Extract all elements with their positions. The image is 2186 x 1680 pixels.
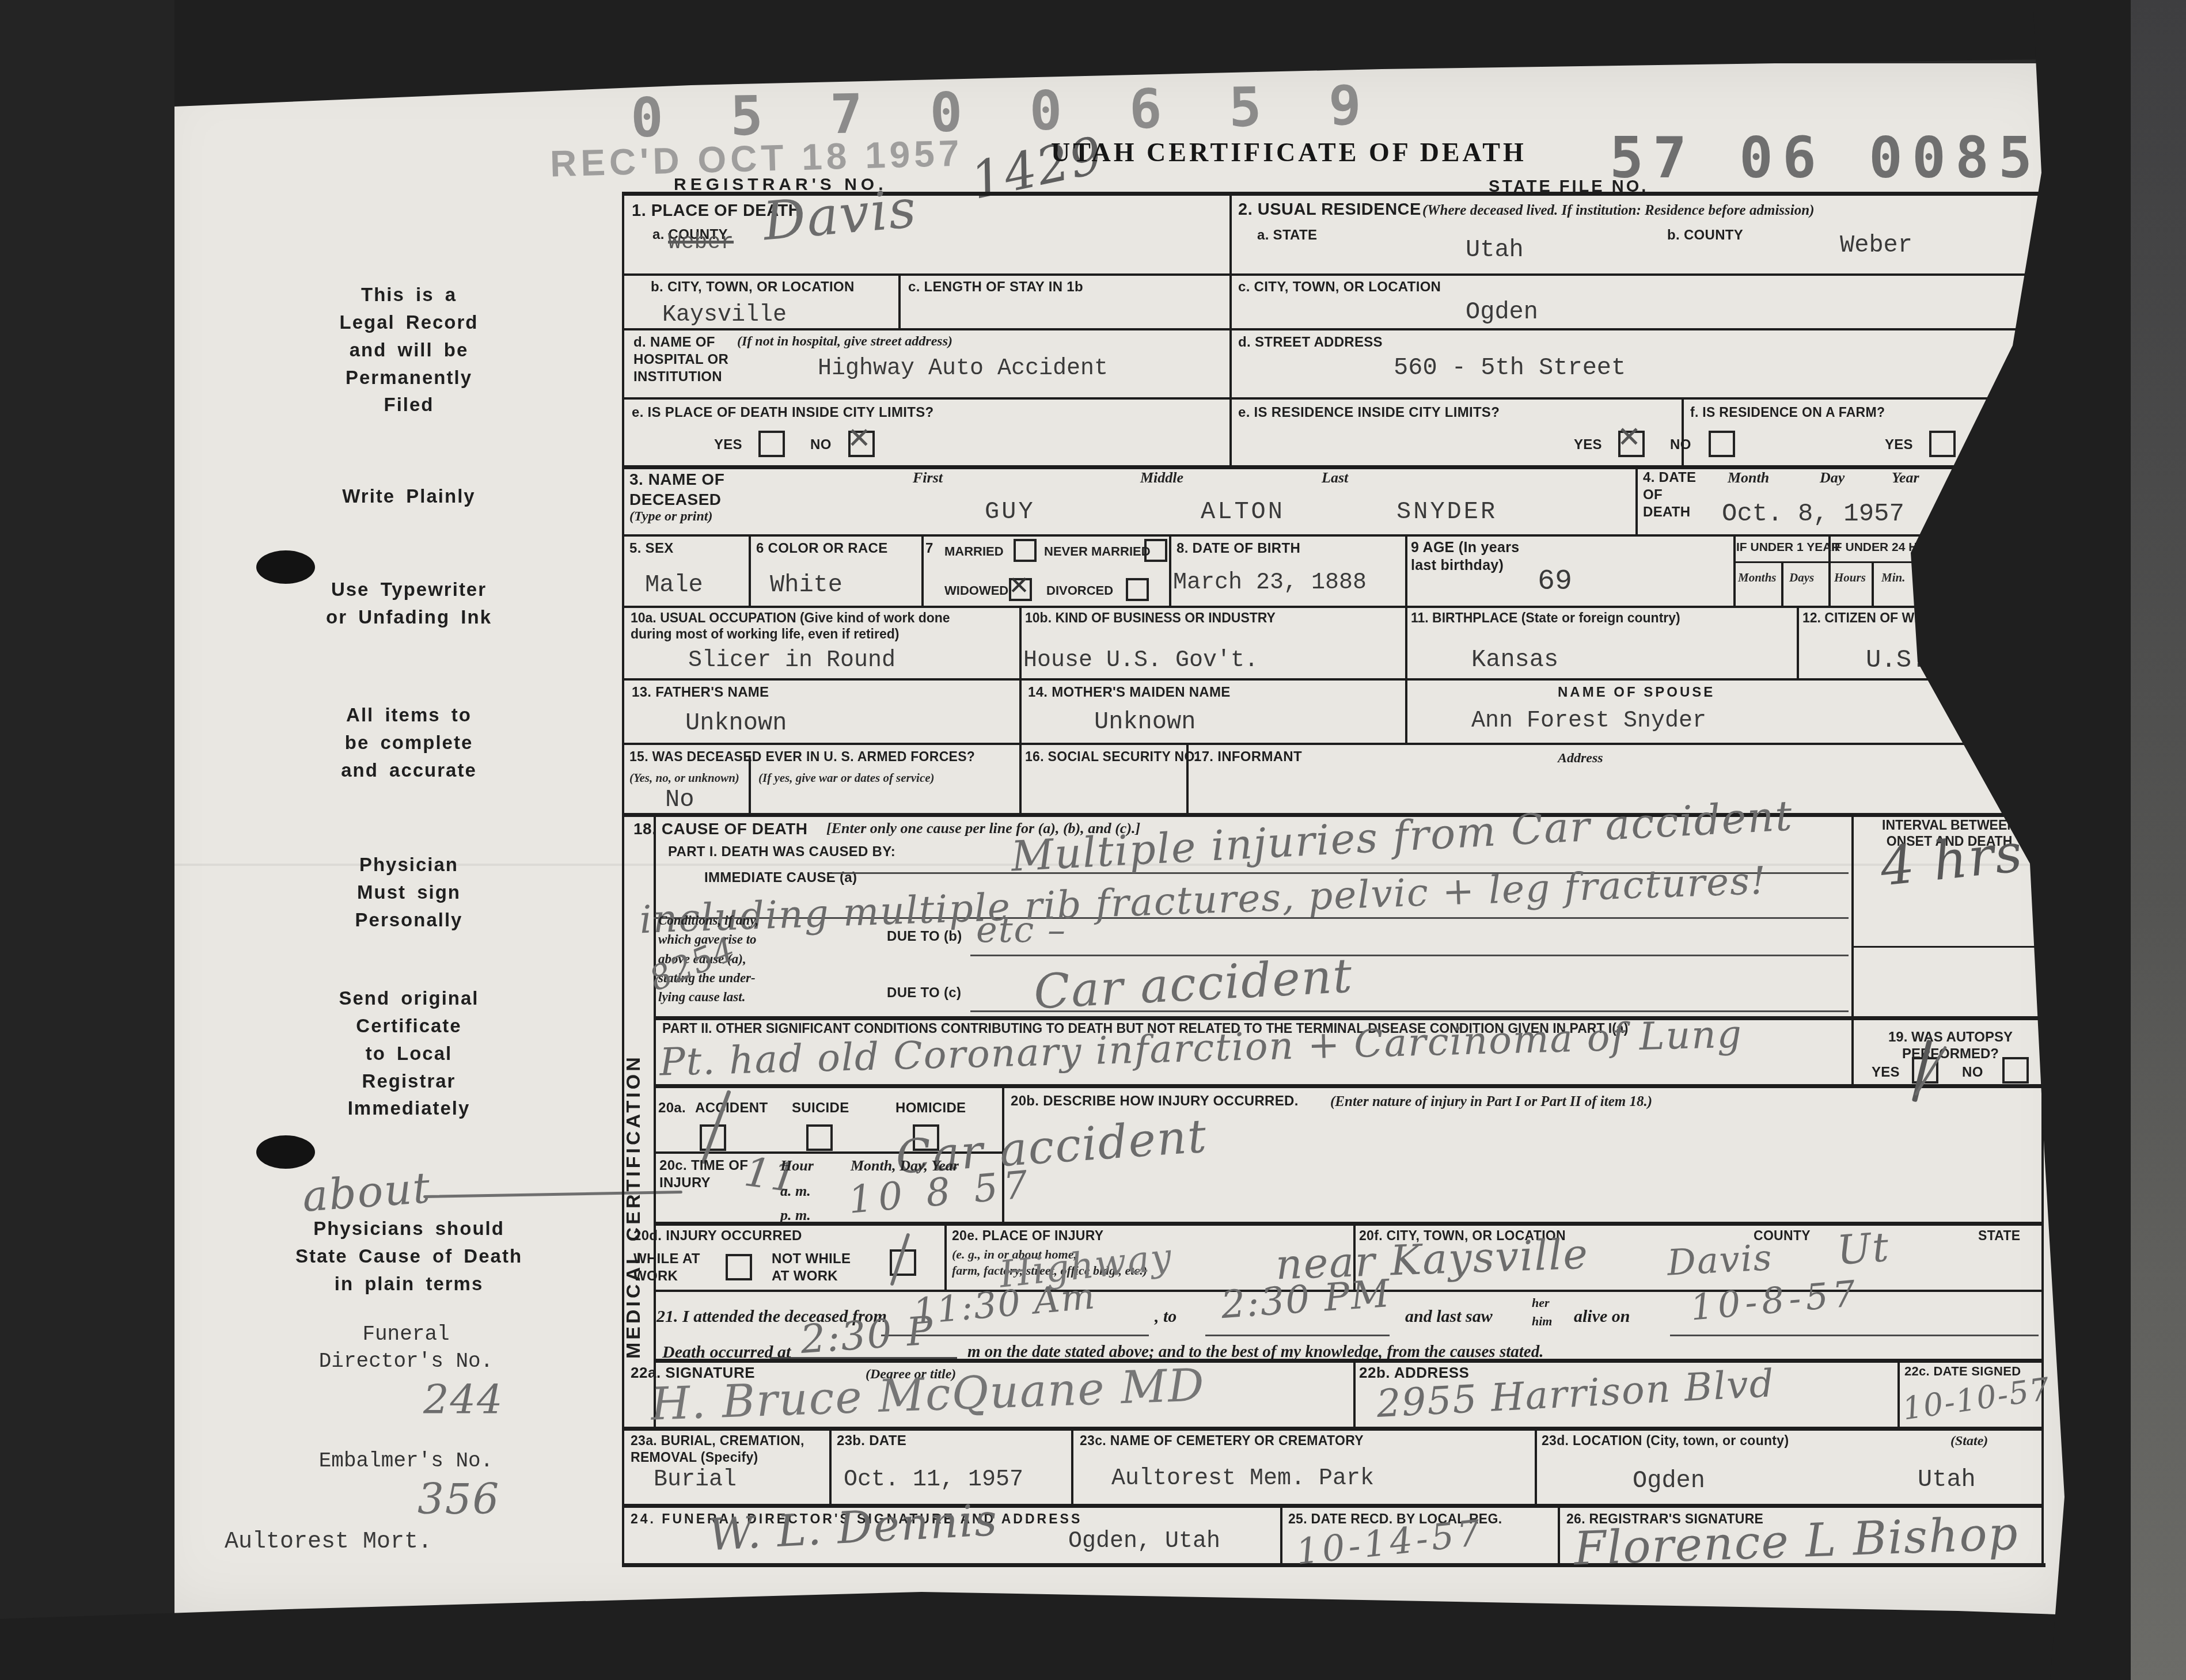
birthplace-value: Kansas: [1471, 646, 1558, 674]
pod-city-value: Kaysville: [662, 302, 787, 328]
residence-state-value: Utah: [1466, 236, 1524, 264]
hour-label: Hour: [780, 1156, 814, 1176]
location-label: 23d. LOCATION (City, town, or county): [1542, 1432, 1789, 1449]
dod-year-label: Year: [1892, 468, 1919, 488]
margin-note-use-typewriter: Use Typewriter or Unfading Ink: [271, 576, 547, 631]
col-line: [1405, 534, 1407, 606]
col-line: [1019, 678, 1022, 743]
farm-yes: YES: [1885, 436, 1913, 454]
hospital-note: (If not in hospital, give street address…: [737, 333, 952, 351]
funeral-director-no-value: 244: [423, 1376, 504, 1423]
first-label: First: [913, 468, 943, 488]
state-file-value: 57 06 0085: [1610, 126, 2041, 191]
margin-note-legal-record: This is a Legal Record and will be Perma…: [271, 281, 547, 419]
how-injury-note: (Enter nature of injury in Part I or Par…: [1330, 1093, 1652, 1112]
autopsy-no-box: [2002, 1057, 2029, 1084]
res-limits-no-box: [1709, 431, 1735, 457]
min-label: Min.: [1881, 570, 1905, 585]
attended-from-value: 11:30 Am: [911, 1275, 1097, 1332]
col-line: [944, 1222, 947, 1290]
occupation-value: Slicer in Round: [688, 648, 895, 674]
him-label: him: [1532, 1314, 1552, 1329]
pod-limits-no: NO: [810, 436, 832, 454]
res-city-label: c. CITY, TOWN, OR LOCATION: [1238, 279, 1441, 296]
punch-hole-bottom: [256, 1135, 315, 1169]
col-line: [1405, 678, 1407, 743]
location-state-value: Utah: [1918, 1466, 1976, 1493]
col-line: [829, 1427, 832, 1504]
pod-limits-yes: YES: [714, 436, 742, 454]
page-title: UTAH CERTIFICATE OF DEATH: [1051, 137, 1527, 168]
scanned-death-certificate: 0 5 7 0 0 6 5 9 REC'D OCT 18 1957 REGIST…: [0, 0, 2186, 1680]
col-line: [1169, 534, 1171, 606]
funeral-home-city-typed: Ogden, Utah: [1068, 1529, 1220, 1554]
residence-county-value: Weber: [1840, 231, 1912, 259]
attended-text-2: , to: [1155, 1307, 1177, 1326]
col-line: [1535, 1427, 1537, 1504]
autopsy-no: NO: [1962, 1064, 1983, 1081]
due-b-line: [970, 955, 1849, 956]
date-of-death-label: 4. DATE OF DEATH: [1643, 469, 1696, 521]
col-line: [1682, 397, 1684, 465]
last-label: Last: [1322, 468, 1348, 488]
death-occurred-rest: m on the date stated above; and to the b…: [967, 1343, 1543, 1362]
sex-value: Male: [645, 571, 703, 599]
row-line: [622, 273, 2041, 276]
middle-name-value: ALTON: [1201, 498, 1285, 526]
sex-label: 5. SEX: [629, 540, 674, 557]
married-label: MARRIED: [944, 544, 1004, 559]
farm-label: f. IS RESIDENCE ON A FARM?: [1690, 404, 1885, 421]
scan-edge-strip: [2131, 0, 2186, 1680]
due-c-value: Car accident: [1033, 949, 1354, 1020]
burial-value: Burial: [654, 1467, 737, 1493]
suicide-box: [806, 1124, 833, 1151]
accident-label: ACCIDENT: [695, 1100, 768, 1117]
father-label: 13. FATHER'S NAME: [632, 684, 769, 701]
pod-limits-label: e. IS PLACE OF DEATH INSIDE CITY LIMITS?: [632, 404, 933, 421]
street-address-label: d. STREET ADDRESS: [1238, 334, 1383, 351]
pod-limits-yes-box: [758, 431, 785, 457]
funeral-home-typed: Aultorest Mort.: [225, 1529, 432, 1555]
spouse-label: NAME OF SPOUSE: [1558, 684, 1715, 701]
row-line: [622, 606, 2041, 608]
part1-label: PART I. DEATH WAS CAUSED BY:: [668, 843, 895, 861]
race-value: White: [770, 571, 842, 599]
due-b-value: etc –: [976, 909, 1067, 951]
last-name-value: SNYDER: [1396, 498, 1497, 526]
row-line: [622, 328, 2041, 330]
attended-text-3: and last saw: [1405, 1307, 1493, 1326]
under-1-year-label: IF UNDER 1 YEAR: [1736, 540, 1840, 554]
injury-occurred-label: 20d. INJURY OCCURRED: [633, 1227, 802, 1245]
ssn-label: 16. SOCIAL SECURITY NO.: [1025, 748, 1198, 765]
pm-label: p. m.: [780, 1206, 811, 1225]
length-of-stay-label: c. LENGTH OF STAY IN 1b: [908, 279, 1083, 296]
mother-label: 14. MOTHER'S MAIDEN NAME: [1028, 684, 1231, 701]
scan-mat-left: [0, 0, 174, 1680]
col-line: [1872, 561, 1874, 606]
cell-line: [1851, 946, 2041, 948]
col-line: [1071, 1427, 1073, 1504]
widowed-mark: ✕: [1008, 573, 1030, 599]
row-line: [654, 1084, 2041, 1088]
birthplace-label: 11. BIRTHPLACE (State or foreign country…: [1411, 610, 1680, 626]
business-value: House U.S. Gov't.: [1023, 648, 1258, 674]
injury-county-value: Davis: [1666, 1236, 1774, 1283]
row-line: [654, 1016, 2041, 1020]
marital-num: 7: [925, 540, 933, 557]
res-limits-yes: YES: [1574, 436, 1602, 454]
row-line: [654, 1222, 2041, 1226]
row-line: [622, 678, 2041, 681]
days-label: Days: [1789, 570, 1814, 585]
place-of-injury-label: 20e. PLACE OF INJURY: [952, 1227, 1103, 1244]
death-time-value: 2:30 P: [799, 1308, 936, 1363]
her-label: her: [1532, 1295, 1550, 1310]
armed-forces-label: 15. WAS DECEASED EVER IN U. S. ARMED FOR…: [629, 748, 975, 765]
married-box: [1014, 539, 1037, 562]
injury-state-value: Ut: [1835, 1223, 1891, 1274]
never-married-box: [1144, 539, 1167, 562]
homicide-label: HOMICIDE: [895, 1100, 966, 1117]
col-line: [1019, 606, 1022, 678]
not-while-label: NOT WHILE AT WORK: [772, 1251, 851, 1285]
res-limits-yes-mark: ✕: [1617, 423, 1641, 451]
divorced-box: [1126, 578, 1149, 601]
street-address-value: 560 - 5th Street: [1394, 354, 1626, 382]
due-to-c-label: DUE TO (c): [887, 985, 961, 1002]
suicide-label: SUICIDE: [792, 1100, 849, 1117]
location-city-value: Ogden: [1633, 1467, 1705, 1495]
dod-day-label: Day: [1820, 468, 1845, 488]
how-injury-label: 20b. DESCRIBE HOW INJURY OCCURRED.: [1011, 1093, 1299, 1110]
age-value: 69: [1538, 565, 1572, 598]
residence-county-label: b. COUNTY: [1667, 227, 1743, 244]
col-line: [1733, 534, 1736, 606]
months-label: Months: [1738, 570, 1777, 585]
col-line: [1280, 1504, 1282, 1563]
margin-note-plain-terms: Physicians should State Cause of Death i…: [259, 1215, 559, 1298]
col-line: [1635, 465, 1638, 534]
age-label: 9 AGE (In years last birthday): [1411, 539, 1519, 575]
margin-note-all-items: All items to be complete and accurate: [271, 701, 547, 784]
farm-yes-box: [1929, 431, 1956, 457]
dob-value: March 23, 1888: [1173, 570, 1367, 596]
embalmer-no-label: Embalmer's No.: [245, 1448, 567, 1475]
col-line: [1019, 743, 1022, 813]
due-to-b-label: DUE TO (b): [887, 928, 962, 945]
county-struck-value: Weber: [668, 230, 734, 255]
time-of-injury-label: 20c. TIME OF INJURY: [659, 1157, 748, 1192]
col-line: [749, 534, 751, 606]
col-line: [1781, 561, 1783, 606]
hospital-value: Highway Auto Accident: [818, 356, 1108, 382]
residence-state-label: a. STATE: [1257, 227, 1317, 244]
name-of-deceased-label: 3. NAME OF DECEASED: [629, 469, 724, 510]
attended-to-value: 2:30 PM: [1220, 1271, 1392, 1327]
usual-residence-note: (Where deceased lived. If institution: R…: [1422, 202, 1814, 221]
location-state-label: (State): [1950, 1432, 1988, 1450]
armed-forces-note2: (If yes, give war or dates of service): [758, 770, 935, 785]
col-line: [1405, 606, 1407, 678]
res-city-value: Ogden: [1466, 298, 1538, 326]
margin-note-write-plainly: Write Plainly: [271, 482, 547, 510]
while-at-work-label: WHILE AT WORK: [633, 1251, 700, 1285]
res-limits-label: e. IS RESIDENCE INSIDE CITY LIMITS?: [1238, 404, 1500, 421]
col-line: [921, 534, 924, 606]
armed-forces-note1: (Yes, no, or unknown): [629, 770, 739, 785]
accident-num: 20a.: [658, 1100, 686, 1117]
col-line: [1897, 1359, 1900, 1427]
cemetery-label: 23c. NAME OF CEMETERY OR CREMATORY: [1080, 1432, 1364, 1449]
col-line: [1353, 1359, 1356, 1427]
autopsy-yes: YES: [1872, 1064, 1900, 1081]
embalmer-no-value: 356: [418, 1475, 500, 1523]
row-line: [622, 397, 2041, 400]
cause-of-death-label: 18. CAUSE OF DEATH: [633, 819, 808, 839]
burial-date-value: Oct. 11, 1957: [844, 1467, 1023, 1493]
cemetery-value: Aultorest Mem. Park: [1111, 1466, 1374, 1492]
attended-to-line: [1205, 1335, 1390, 1336]
first-name-value: GUY: [985, 498, 1035, 526]
informant-address-label: Address: [1558, 750, 1603, 767]
spouse-value: Ann Forest Snyder: [1471, 708, 1706, 734]
certificate-paper: 0 5 7 0 0 6 5 9 REC'D OCT 18 1957 REGIST…: [147, 63, 2076, 1618]
punch-hole-top: [256, 550, 315, 584]
middle-label: Middle: [1140, 468, 1183, 488]
occupation-label: 10a. USUAL OCCUPATION (Give kind of work…: [631, 610, 950, 642]
while-at-work-box: [726, 1254, 752, 1280]
business-label: 10b. KIND OF BUSINESS OR INDUSTRY: [1025, 610, 1276, 626]
never-married-label: NEVER MARRIED: [1044, 544, 1151, 559]
col-line: [749, 757, 751, 813]
res-limits-no: NO: [1670, 436, 1691, 454]
pod-city-label: b. CITY, TOWN, OR LOCATION: [651, 279, 855, 296]
am-label: a. m.: [780, 1181, 811, 1201]
usual-residence-title: 2. USUAL RESIDENCE: [1238, 199, 1421, 220]
attended-text-4: alive on: [1574, 1307, 1630, 1326]
margin-scribble-about: about: [301, 1163, 432, 1221]
race-label: 6 COLOR OR RACE: [756, 540, 888, 557]
father-value: Unknown: [685, 709, 787, 737]
col-line: [1797, 606, 1799, 678]
hospital-label: d. NAME OF HOSPITAL OR INSTITUTION: [633, 334, 728, 386]
funeral-director-no-label: Funeral Director's No.: [245, 1321, 567, 1375]
row-line: [622, 1427, 2041, 1431]
mother-value: Unknown: [1094, 708, 1196, 736]
col-line: [1229, 192, 1232, 465]
col-line: [1851, 813, 1854, 1084]
date-of-death-value: Oct. 8, 1957: [1722, 500, 1904, 529]
widowed-label: WIDOWED: [944, 583, 1008, 598]
pod-limits-no-mark: ✕: [847, 424, 871, 453]
dod-month-label: Month: [1728, 468, 1769, 488]
burial-label: 23a. BURIAL, CREMATION, REMOVAL (Specify…: [631, 1432, 804, 1466]
hours-label: Hours: [1834, 570, 1866, 585]
col-line: [898, 273, 901, 328]
death-occurred-text: Death occurred at: [662, 1343, 791, 1362]
injury-state-label: STATE: [1978, 1227, 2020, 1244]
type-or-print-note: (Type or print): [629, 508, 712, 526]
burial-date-label: 23b. DATE: [837, 1432, 906, 1450]
informant-label: 17. INFORMANT: [1194, 748, 1302, 766]
lastsaw-line: [1670, 1335, 2039, 1336]
divorced-label: DIVORCED: [1046, 583, 1113, 598]
armed-forces-value: No: [665, 786, 694, 814]
col-line: [1558, 1504, 1560, 1563]
margin-note-send-original: Send original Certificate to Local Regis…: [271, 985, 547, 1122]
row-line: [622, 743, 2041, 745]
dob-label: 8. DATE OF BIRTH: [1177, 540, 1300, 557]
county-corrected-value: Davis: [761, 178, 920, 253]
